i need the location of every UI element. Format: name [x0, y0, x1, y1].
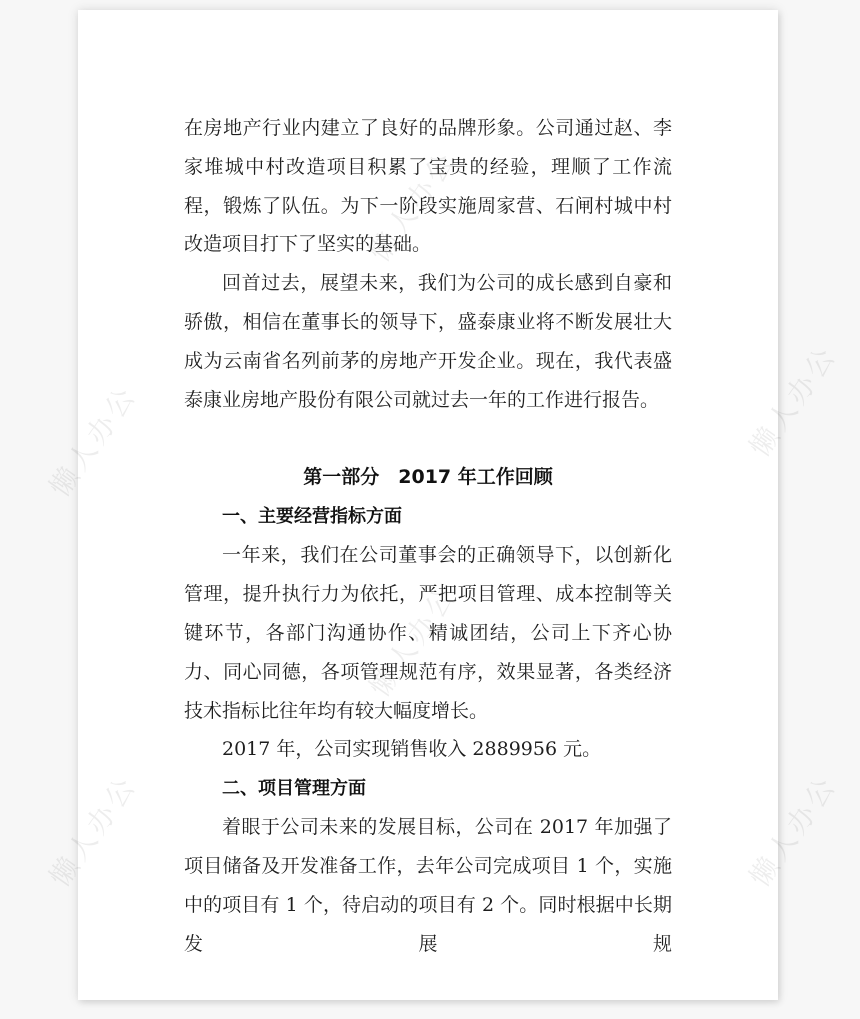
watermark: 懒人办公 — [39, 376, 145, 504]
paragraph: 着眼于公司未来的发展目标，公司在 2017 年加强了项目储备及开发准备工作，去年… — [184, 808, 672, 963]
watermark: 懒人办公 — [39, 766, 145, 894]
paragraph: 一年来，我们在公司董事会的正确领导下，以创新化管理，提升执行力为依托，严把项目管… — [184, 536, 672, 730]
watermark: 懒人办公 — [739, 766, 845, 894]
subsection-title: 一、主要经营指标方面 — [184, 497, 672, 536]
paragraph: 2017 年，公司实现销售收入 2889956 元。 — [184, 730, 672, 769]
paragraph: 在房地产行业内建立了良好的品牌形象。公司通过赵、李家堆城中村改造项目积累了宝贵的… — [184, 109, 672, 264]
watermark: 懒人办公 — [739, 336, 845, 464]
blank-line — [184, 419, 672, 457]
document-page: 懒人办公 懒人办公 懒人办公 懒人办公 懒人办公 懒人办公 在房地产行业内建立了… — [78, 10, 778, 1000]
section-title: 第一部分 2017 年工作回顾 — [184, 457, 672, 497]
subsection-title: 二、项目管理方面 — [184, 769, 672, 808]
document-body: 在房地产行业内建立了良好的品牌形象。公司通过赵、李家堆城中村改造项目积累了宝贵的… — [184, 109, 672, 963]
paragraph: 回首过去，展望未来，我们为公司的成长感到自豪和骄傲，相信在董事长的领导下，盛泰康… — [184, 264, 672, 419]
